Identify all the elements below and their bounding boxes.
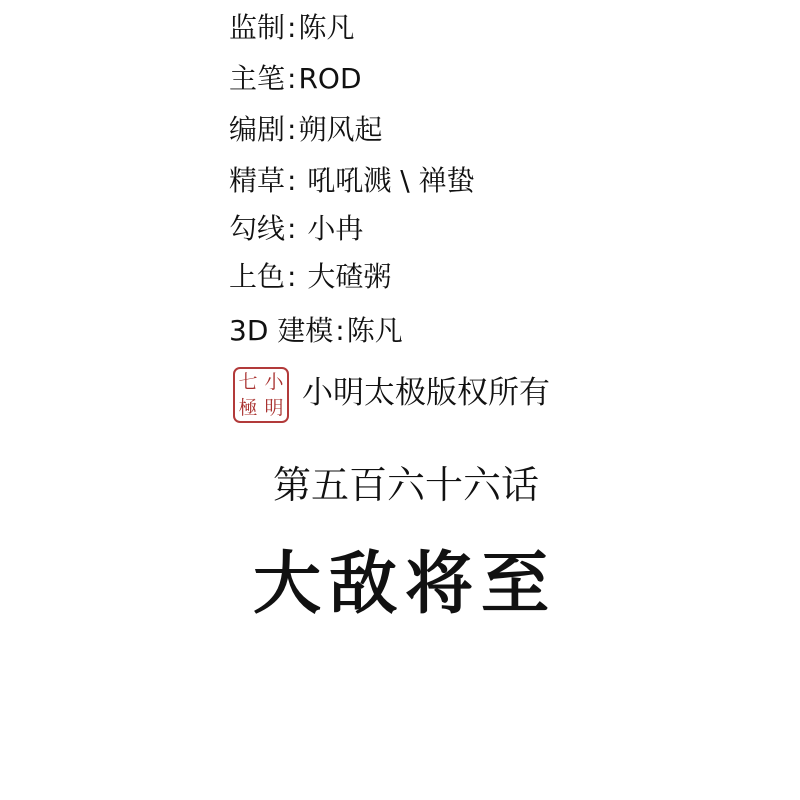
credit-line-art: 勾线: 小冉 [229, 212, 363, 246]
credit-separator: : [335, 314, 344, 347]
credit-name: 朔风起 [298, 113, 382, 146]
credit-name: 吼吼溅 \ 禅蛰 [298, 164, 474, 197]
chapter-title: 大敌将至 [0, 540, 800, 630]
credit-writer: 编剧:朔风起 [229, 113, 382, 147]
credit-lead-artist: 主笔:ROD [229, 62, 362, 96]
credit-name: 陈凡 [298, 11, 354, 44]
credit-name: 陈凡 [347, 314, 403, 347]
credit-coloring: 上色: 大碴粥 [229, 260, 391, 294]
credit-role: 3D 建模 [229, 314, 333, 347]
studio-seal-stamp: 七 小 極 明 [233, 367, 289, 423]
credit-role: 监制 [229, 11, 285, 44]
chapter-number: 第五百六十六话 [0, 460, 800, 510]
credit-role: 勾线 [229, 212, 285, 245]
seal-char: 極 [235, 395, 261, 421]
seal-char: 明 [261, 395, 287, 421]
credit-separator: : [287, 164, 296, 197]
seal-char: 小 [261, 369, 287, 395]
credit-supervisor: 监制:陈凡 [229, 11, 354, 45]
credit-name: ROD [298, 62, 361, 95]
credit-role: 精草 [229, 164, 285, 197]
credit-separator: : [287, 62, 296, 95]
copyright-notice: 小明太极版权所有 [302, 373, 550, 413]
credit-role: 上色 [229, 260, 285, 293]
credit-rough-sketch: 精草: 吼吼溅 \ 禅蛰 [229, 164, 475, 198]
seal-char: 七 [235, 369, 261, 395]
credit-name: 大碴粥 [298, 260, 391, 293]
credit-separator: : [287, 11, 296, 44]
credit-3d-modeling: 3D 建模:陈凡 [229, 314, 403, 348]
credit-role: 编剧 [229, 113, 285, 146]
credit-separator: : [287, 113, 296, 146]
credit-separator: : [287, 212, 296, 245]
credit-separator: : [287, 260, 296, 293]
credit-name: 小冉 [298, 212, 363, 245]
credit-role: 主笔 [229, 62, 285, 95]
